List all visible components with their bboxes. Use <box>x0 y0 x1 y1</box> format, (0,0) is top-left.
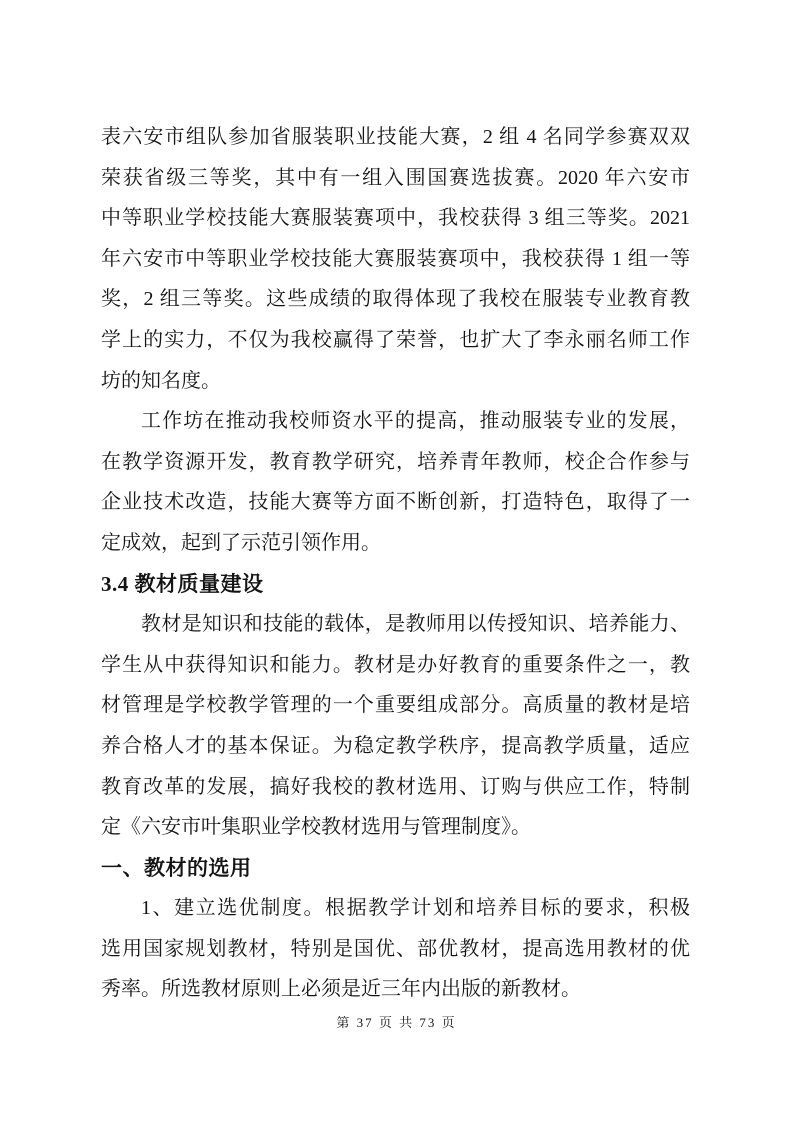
text-line: 秀率。所选教材原则上必须是近三年内出版的新教材。 <box>101 969 690 1010</box>
text-line: 表六安市组队参加省服装职业技能大赛，2 组 4 名同学参赛双双 <box>101 117 690 158</box>
text-line: 选用国家规划教材，特别是国优、部优教材，提高选用教材的优 <box>101 929 690 970</box>
paragraph: 表六安市组队参加省服装职业技能大赛，2 组 4 名同学参赛双双 荣获省级三等奖，… <box>101 117 690 401</box>
text-line: 工作坊在推动我校师资水平的提高，推动服装专业的发展， <box>101 401 690 442</box>
section-heading-textbook-quality: 3.4 教材质量建设 <box>101 564 690 605</box>
document-content: 表六安市组队参加省服装职业技能大赛，2 组 4 名同学参赛双双 荣获省级三等奖，… <box>101 117 690 1010</box>
text-line: 1、建立选优制度。根据教学计划和培养目标的要求，积极 <box>101 888 690 929</box>
text-line: 学上的实力，不仅为我校赢得了荣誉，也扩大了李永丽名师工作 <box>101 320 690 361</box>
text-line: 养合格人才的基本保证。为稳定教学秩序，提高教学质量，适应 <box>101 726 690 767</box>
text-line: 教材是知识和技能的载体，是教师用以传授知识、培养能力、 <box>101 604 690 645</box>
document-page: 表六安市组队参加省服装职业技能大赛，2 组 4 名同学参赛双双 荣获省级三等奖，… <box>0 0 793 1122</box>
paragraph: 工作坊在推动我校师资水平的提高，推动服装专业的发展， 在教学资源开发，教育教学研… <box>101 401 690 563</box>
text-line: 定成效，起到了示范引领作用。 <box>101 523 690 564</box>
text-line: 教育改革的发展，搞好我校的教材选用、订购与供应工作，特制 <box>101 767 690 808</box>
text-line: 定《六安市叶集职业学校教材选用与管理制度》。 <box>101 807 690 848</box>
text-line: 中等职业学校技能大赛服装赛项中，我校获得 3 组三等奖。2021 <box>101 198 690 239</box>
text-line: 学生从中获得知识和能力。教材是办好教育的重要条件之一，教 <box>101 645 690 686</box>
text-line: 材管理是学校教学管理的一个重要组成部分。高质量的教材是培 <box>101 685 690 726</box>
text-line: 奖，2 组三等奖。这些成绩的取得体现了我校在服装专业教育教 <box>101 279 690 320</box>
page-number-footer: 第 37 页 共 73 页 <box>0 1012 793 1031</box>
text-line: 企业技术改造，技能大赛等方面不断创新，打造特色，取得了一 <box>101 482 690 523</box>
paragraph: 1、建立选优制度。根据教学计划和培养目标的要求，积极 选用国家规划教材，特别是国… <box>101 888 690 1010</box>
text-line: 在教学资源开发，教育教学研究，培养青年教师，校企合作参与 <box>101 442 690 483</box>
text-line: 坊的知名度。 <box>101 361 690 402</box>
text-line: 荣获省级三等奖，其中有一组入围国赛选拔赛。2020 年六安市 <box>101 158 690 199</box>
text-line: 年六安市中等职业学校技能大赛服装赛项中，我校获得 1 组一等 <box>101 239 690 280</box>
section-heading-textbook-selection: 一、教材的选用 <box>101 848 690 889</box>
paragraph: 教材是知识和技能的载体，是教师用以传授知识、培养能力、 学生从中获得知识和能力。… <box>101 604 690 848</box>
